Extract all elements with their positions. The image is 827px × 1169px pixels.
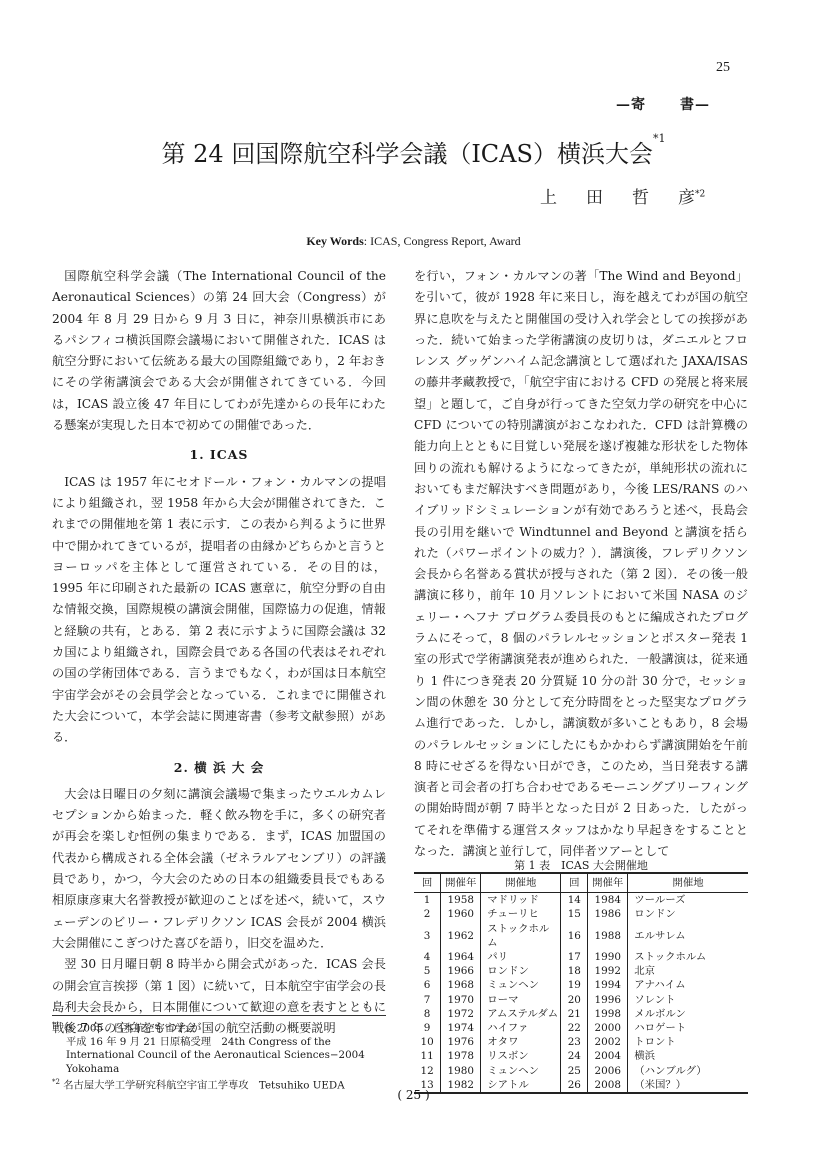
- table-cell: マドリッド: [481, 893, 561, 908]
- table-cell: ハイファ: [481, 1021, 561, 1035]
- table-row: 91974ハイファ222000ハロゲート: [414, 1021, 748, 1035]
- keywords-label: Key Words: [306, 234, 363, 248]
- table-cell: ハロゲート: [628, 1021, 748, 1035]
- table-cell: 8: [414, 1007, 441, 1021]
- table-cell: アナハイム: [628, 978, 748, 992]
- left-column: 国際航空科学会議（The International Council of th…: [52, 266, 386, 1039]
- table-cell: 1988: [588, 922, 628, 950]
- table-body: 11958マドリッド141984ツールーズ21960チューリヒ151986ロンド…: [414, 893, 748, 1093]
- article-title: 第 24 回国際航空科学会議（ICAS）横浜大会*1: [0, 134, 827, 169]
- footnote-1: *1 © 2005 日本航空宇宙学会 平成 16 年 9 月 21 日原稿受理 …: [52, 1019, 386, 1076]
- table-cell: 3: [414, 922, 441, 950]
- table-cell: オタワ: [481, 1035, 561, 1049]
- table-cell: エルサレム: [628, 922, 748, 950]
- keywords: Key Words: ICAS, Congress Report, Award: [0, 234, 827, 249]
- table-row: 61968ミュンヘン191994アナハイム: [414, 978, 748, 992]
- table-cell: 24: [561, 1049, 588, 1063]
- table-row: 11958マドリッド141984ツールーズ: [414, 893, 748, 908]
- table-cell: パリ: [481, 950, 561, 964]
- table-row: 21960チューリヒ151986ロンドン: [414, 907, 748, 921]
- table-row: 31962ストックホルム161988エルサレム: [414, 922, 748, 950]
- header-cell: 開催地: [628, 873, 748, 893]
- table-cell: 4: [414, 950, 441, 964]
- section-tag-right: 書—: [680, 97, 710, 113]
- table-caption: 第 1 表 ICAS 大会開催地: [414, 857, 748, 873]
- table-header-row: 回 開催年 開催地 回 開催年 開催地: [414, 873, 748, 893]
- section-tag-left: —寄: [616, 97, 646, 113]
- table-cell: ロンドン: [628, 907, 748, 921]
- section-2-paragraph-1: 大会は日曜日の夕刻に講演会議場で集まったウエルカムレセプションから始まった．軽く…: [52, 784, 386, 954]
- author-char: 上: [540, 183, 586, 208]
- header-cell: 開催年: [441, 873, 481, 893]
- table-cell: 5: [414, 964, 441, 978]
- page-number-top: 25: [716, 60, 730, 76]
- table-cell: メルボルン: [628, 1007, 748, 1021]
- table-cell: 20: [561, 993, 588, 1007]
- table-cell: 2006: [588, 1064, 628, 1078]
- table-cell: トロント: [628, 1035, 748, 1049]
- table-cell: 1970: [441, 993, 481, 1007]
- author-footnote-mark: *2: [695, 189, 705, 199]
- table-cell: ツールーズ: [628, 893, 748, 908]
- table-cell: 1990: [588, 950, 628, 964]
- table-cell: 1980: [441, 1064, 481, 1078]
- icas-venues-table: 回 開催年 開催地 回 開催年 開催地 11958マドリッド141984ツールー…: [414, 872, 748, 1094]
- table-cell: 14: [561, 893, 588, 908]
- keywords-list: : ICAS, Congress Report, Award: [364, 234, 521, 248]
- table-row: 111978リスボン242004横浜: [414, 1049, 748, 1063]
- table-cell: ストックホルム: [481, 922, 561, 950]
- table-cell: 12: [414, 1064, 441, 1078]
- table-cell: 1962: [441, 922, 481, 950]
- footnote-divider: [52, 1015, 386, 1016]
- table-cell: 1976: [441, 1035, 481, 1049]
- table-row: 71970ローマ201996ソレント: [414, 993, 748, 1007]
- intro-paragraph: 国際航空科学会議（The International Council of th…: [52, 266, 386, 436]
- table-cell: 9: [414, 1021, 441, 1035]
- header-cell: 開催年: [588, 873, 628, 893]
- section-1-heading: 1. ICAS: [52, 444, 386, 465]
- right-column-paragraph: を行い，フォン・カルマンの著「The Wind and Beyond」を引いて，…: [414, 266, 748, 862]
- table-cell: 6: [414, 978, 441, 992]
- table-row: 81972アムステルダム211998メルボルン: [414, 1007, 748, 1021]
- table-cell: 1984: [588, 893, 628, 908]
- table-cell: リスボン: [481, 1049, 561, 1063]
- table-cell: ロンドン: [481, 964, 561, 978]
- table-cell: ストックホルム: [628, 950, 748, 964]
- table-cell: チューリヒ: [481, 907, 561, 921]
- section-tag: —寄書—: [616, 94, 710, 114]
- table-cell: 1992: [588, 964, 628, 978]
- table-cell: 1: [414, 893, 441, 908]
- right-column: を行い，フォン・カルマンの著「The Wind and Beyond」を引いて，…: [414, 266, 748, 862]
- table-cell: 1966: [441, 964, 481, 978]
- table-cell: ローマ: [481, 993, 561, 1007]
- header-cell: 回: [414, 873, 441, 893]
- table-cell: 1974: [441, 1021, 481, 1035]
- table-cell: 1996: [588, 993, 628, 1007]
- footnote-1-mark: *1: [52, 1021, 60, 1029]
- table-row: 41964パリ171990ストックホルム: [414, 950, 748, 964]
- title-footnote-mark: *1: [653, 132, 666, 145]
- table-cell: 2004: [588, 1049, 628, 1063]
- table-cell: 25: [561, 1064, 588, 1078]
- table-cell: 1994: [588, 978, 628, 992]
- table-row: 121980ミュンヘン252006（ハンブルグ）: [414, 1064, 748, 1078]
- table-cell: 15: [561, 907, 588, 921]
- table-cell: 10: [414, 1035, 441, 1049]
- table-row: 51966ロンドン181992北京: [414, 964, 748, 978]
- table-cell: アムステルダム: [481, 1007, 561, 1021]
- header-cell: 開催地: [481, 873, 561, 893]
- table-cell: 2002: [588, 1035, 628, 1049]
- table-row: 101976オタワ232002トロント: [414, 1035, 748, 1049]
- table-cell: （ハンブルグ）: [628, 1064, 748, 1078]
- table-cell: 22: [561, 1021, 588, 1035]
- table-cell: 1964: [441, 950, 481, 964]
- table-cell: ミュンヘン: [481, 978, 561, 992]
- table-cell: 1972: [441, 1007, 481, 1021]
- table-cell: 北京: [628, 964, 748, 978]
- footnote-1-line-2: 平成 16 年 9 月 21 日原稿受理 24th Congress of th…: [66, 1036, 365, 1075]
- author-char: 哲: [632, 183, 678, 208]
- table-cell: 19: [561, 978, 588, 992]
- article-title-text: 第 24 回国際航空科学会議（ICAS）横浜大会: [162, 140, 653, 168]
- table-cell: 17: [561, 950, 588, 964]
- table-cell: 2: [414, 907, 441, 921]
- table-cell: 横浜: [628, 1049, 748, 1063]
- table-cell: 1998: [588, 1007, 628, 1021]
- table-cell: 1958: [441, 893, 481, 908]
- footnotes: *1 © 2005 日本航空宇宙学会 平成 16 年 9 月 21 日原稿受理 …: [52, 1019, 386, 1093]
- table-cell: 2000: [588, 1021, 628, 1035]
- page-number-bottom: ( 25 ): [0, 1088, 827, 1102]
- table-cell: 1978: [441, 1049, 481, 1063]
- footnote-1-line-1: © 2005 日本航空宇宙学会: [63, 1022, 195, 1034]
- table-cell: 1986: [588, 907, 628, 921]
- header-cell: 回: [561, 873, 588, 893]
- table-cell: 21: [561, 1007, 588, 1021]
- author-char: 彦: [678, 183, 695, 208]
- table-cell: ソレント: [628, 993, 748, 1007]
- table-cell: ミュンヘン: [481, 1064, 561, 1078]
- author-char: 田: [586, 183, 632, 208]
- table-cell: 1968: [441, 978, 481, 992]
- author: 上田哲彦*2: [540, 183, 705, 208]
- section-2-heading: 2. 横 浜 大 会: [52, 757, 386, 778]
- table-cell: 18: [561, 964, 588, 978]
- table-cell: 11: [414, 1049, 441, 1063]
- table-cell: 1960: [441, 907, 481, 921]
- table-cell: 7: [414, 993, 441, 1007]
- table-cell: 23: [561, 1035, 588, 1049]
- table-cell: 16: [561, 922, 588, 950]
- footnote-2-mark: *2: [52, 1078, 60, 1086]
- section-1-paragraph: ICAS は 1957 年にセオドール・フォン・カルマンの提唱により組織され，翌…: [52, 472, 386, 749]
